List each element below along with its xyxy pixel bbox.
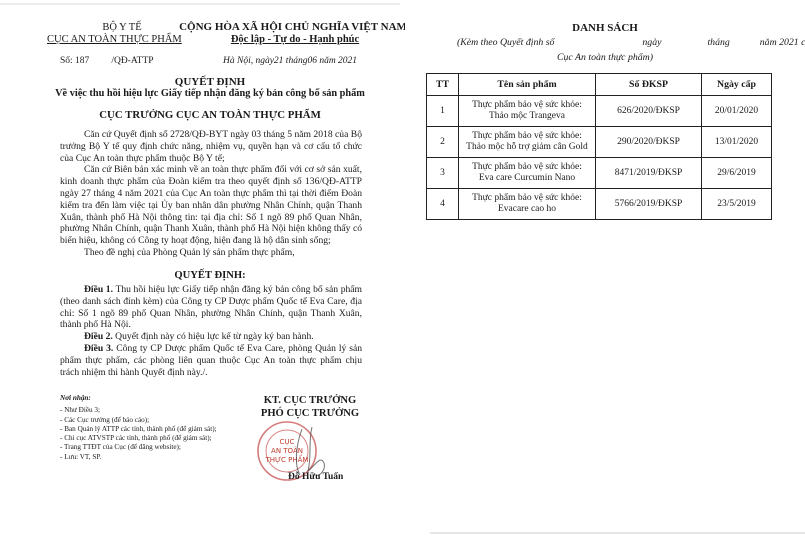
product-category: Thực phẩm bảo vệ sức khỏe: xyxy=(459,193,595,204)
attachment-subtitle-line2: Cục An toàn thực phẩm) xyxy=(405,52,805,63)
subtitle-part: ngày xyxy=(642,37,661,48)
product-name: Eva care Curcumin Nano xyxy=(459,173,595,184)
product-category: Thực phẩm bảo vệ sức khỏe: xyxy=(459,100,595,111)
signer-position-2: PHÓ CỤC TRƯỞNG xyxy=(240,407,380,420)
product-category: Thực phẩm bảo vệ sức khỏe: xyxy=(459,131,595,142)
document-subject: Về việc thu hồi hiệu lực Giấy tiếp nhận … xyxy=(0,88,420,99)
attachment-page: DANH SÁCH (Kèm theo Quyết định sốngàythá… xyxy=(405,0,805,537)
table-row: 4Thực phẩm bảo vệ sức khỏe:Evacare cao h… xyxy=(427,189,772,220)
recipient-item: - Lưu: VT, SP. xyxy=(60,453,217,462)
decision-page: BỘ Y TẾ CỤC AN TOÀN THỰC PHẨM CỘNG HÒA X… xyxy=(0,0,405,537)
column-header-date: Ngày cấp xyxy=(702,74,772,96)
number-suffix: /QĐ-ATTP xyxy=(111,56,153,66)
table-header-row: TT Tên sản phẩm Số ĐKSP Ngày cấp xyxy=(427,74,772,96)
decision-heading: QUYẾT ĐỊNH: xyxy=(0,270,420,281)
article-label: Điều 1. xyxy=(84,284,113,295)
cell-tt: 3 xyxy=(427,158,459,189)
cell-product: Thực phẩm bảo vệ sức khỏe:Thảo mộc hỗ tr… xyxy=(459,127,596,158)
article-1: Điều 1. Thu hồi hiệu lực Giấy tiếp nhận … xyxy=(60,284,362,331)
subtitle-part: tháng xyxy=(707,37,729,48)
cell-reg-number: 5766/2019/ĐKSP xyxy=(596,189,702,220)
article-text: Quyết định này có hiệu lực kể từ ngày ký… xyxy=(113,331,314,342)
article-3: Điều 3. Công ty CP Dược phẩm Quốc tế Eva… xyxy=(60,343,362,378)
subtitle-part: năm 2021 của xyxy=(760,37,805,48)
article-2: Điều 2. Quyết định này có hiệu lực kể từ… xyxy=(60,331,362,343)
agency-name: CỤC AN TOÀN THỰC PHẨM xyxy=(47,34,177,45)
document-title: QUYẾT ĐỊNH xyxy=(0,76,420,88)
recipient-item: - Ban Quản lý ATTP các tỉnh, thành phố (… xyxy=(60,425,217,434)
recipients-label: Nơi nhận: xyxy=(60,394,217,403)
cell-reg-number: 290/2020/ĐKSP xyxy=(596,127,702,158)
attachment-subtitle: (Kèm theo Quyết định sốngàythángnăm 2021… xyxy=(457,37,805,48)
article-label: Điều 2. xyxy=(84,331,113,342)
preamble-paragraph: Căn cứ Biên bản xác minh về an toàn thực… xyxy=(60,164,362,247)
document-date: Hà Nội, ngày21 tháng06 năm 2021 xyxy=(223,56,357,66)
cell-date: 29/6/2019 xyxy=(702,158,772,189)
ministry-name: BỘ Y TẾ xyxy=(82,22,162,33)
recipients-list: Nơi nhận: - Như Điều 3; - Các Cục trưởng… xyxy=(60,394,217,462)
recipient-item: - Trang TTĐT của Cục (để đăng website); xyxy=(60,443,217,452)
table-row: 3Thực phẩm bảo vệ sức khỏe:Eva care Curc… xyxy=(427,158,772,189)
cell-product: Thực phẩm bảo vệ sức khỏe:Evacare cao ho xyxy=(459,189,596,220)
table-row: 2Thực phẩm bảo vệ sức khỏe:Thảo mộc hỗ t… xyxy=(427,127,772,158)
cell-tt: 2 xyxy=(427,127,459,158)
product-name: Evacare cao ho xyxy=(459,204,595,215)
page-edge xyxy=(430,532,805,534)
product-table: TT Tên sản phẩm Số ĐKSP Ngày cấp 1Thực p… xyxy=(426,73,772,220)
attachment-title: DANH SÁCH xyxy=(405,22,805,34)
agency-name-text: CỤC AN TOÀN THỰC PHẨM xyxy=(47,34,182,45)
column-header-product: Tên sản phẩm xyxy=(459,74,596,96)
preamble-paragraph: Theo đề nghị của Phòng Quản lý sản phẩm … xyxy=(60,247,362,259)
preamble: Căn cứ Quyết định số 2728/QĐ-BYT ngày 03… xyxy=(60,129,362,259)
cell-date: 13/01/2020 xyxy=(702,127,772,158)
cell-tt: 4 xyxy=(427,189,459,220)
column-header-reg-number: Số ĐKSP xyxy=(596,74,702,96)
product-name: Thảo mộc Trangeva xyxy=(459,111,595,122)
document-number: Số: 187/QĐ-ATTP xyxy=(60,56,154,66)
cell-date: 20/01/2020 xyxy=(702,96,772,127)
cell-reg-number: 626/2020/ĐKSP xyxy=(596,96,702,127)
signer-position-1: KT. CỤC TRƯỞNG xyxy=(240,394,380,407)
article-label: Điều 3. xyxy=(84,343,113,354)
nation-name: CỘNG HÒA XÃ HỘI CHỦ NGHĨA VIỆT NAM xyxy=(168,21,418,33)
subtitle-part: (Kèm theo Quyết định số xyxy=(457,37,554,48)
product-category: Thực phẩm bảo vệ sức khỏe: xyxy=(459,162,595,173)
articles: Điều 1. Thu hồi hiệu lực Giấy tiếp nhận … xyxy=(60,284,362,378)
number-prefix: Số: 187 xyxy=(60,56,89,66)
table-row: 1Thực phẩm bảo vệ sức khỏe:Thảo mộc Tran… xyxy=(427,96,772,127)
motto-text: Độc lập - Tự do - Hạnh phúc xyxy=(231,34,359,45)
signer-name: Đỗ Hữu Tuấn xyxy=(288,472,343,482)
signature-block: KT. CỤC TRƯỞNG PHÓ CỤC TRƯỞNG xyxy=(240,394,380,420)
national-motto: Độc lập - Tự do - Hạnh phúc xyxy=(200,34,390,45)
cell-date: 23/5/2019 xyxy=(702,189,772,220)
product-name: Thảo mộc hỗ trợ giảm cân Gold xyxy=(459,142,595,153)
cell-reg-number: 8471/2019/ĐKSP xyxy=(596,158,702,189)
preamble-paragraph: Căn cứ Quyết định số 2728/QĐ-BYT ngày 03… xyxy=(60,129,362,164)
cell-product: Thực phẩm bảo vệ sức khỏe:Eva care Curcu… xyxy=(459,158,596,189)
issuer-title: CỤC TRƯỞNG CỤC AN TOÀN THỰC PHẨM xyxy=(0,109,420,121)
recipient-item: - Các Cục trưởng (để báo cáo); xyxy=(60,416,217,425)
cell-tt: 1 xyxy=(427,96,459,127)
column-header-tt: TT xyxy=(427,74,459,96)
page-edge xyxy=(0,3,400,5)
recipient-item: - Như Điều 3; xyxy=(60,406,217,415)
cell-product: Thực phẩm bảo vệ sức khỏe:Thảo mộc Trang… xyxy=(459,96,596,127)
